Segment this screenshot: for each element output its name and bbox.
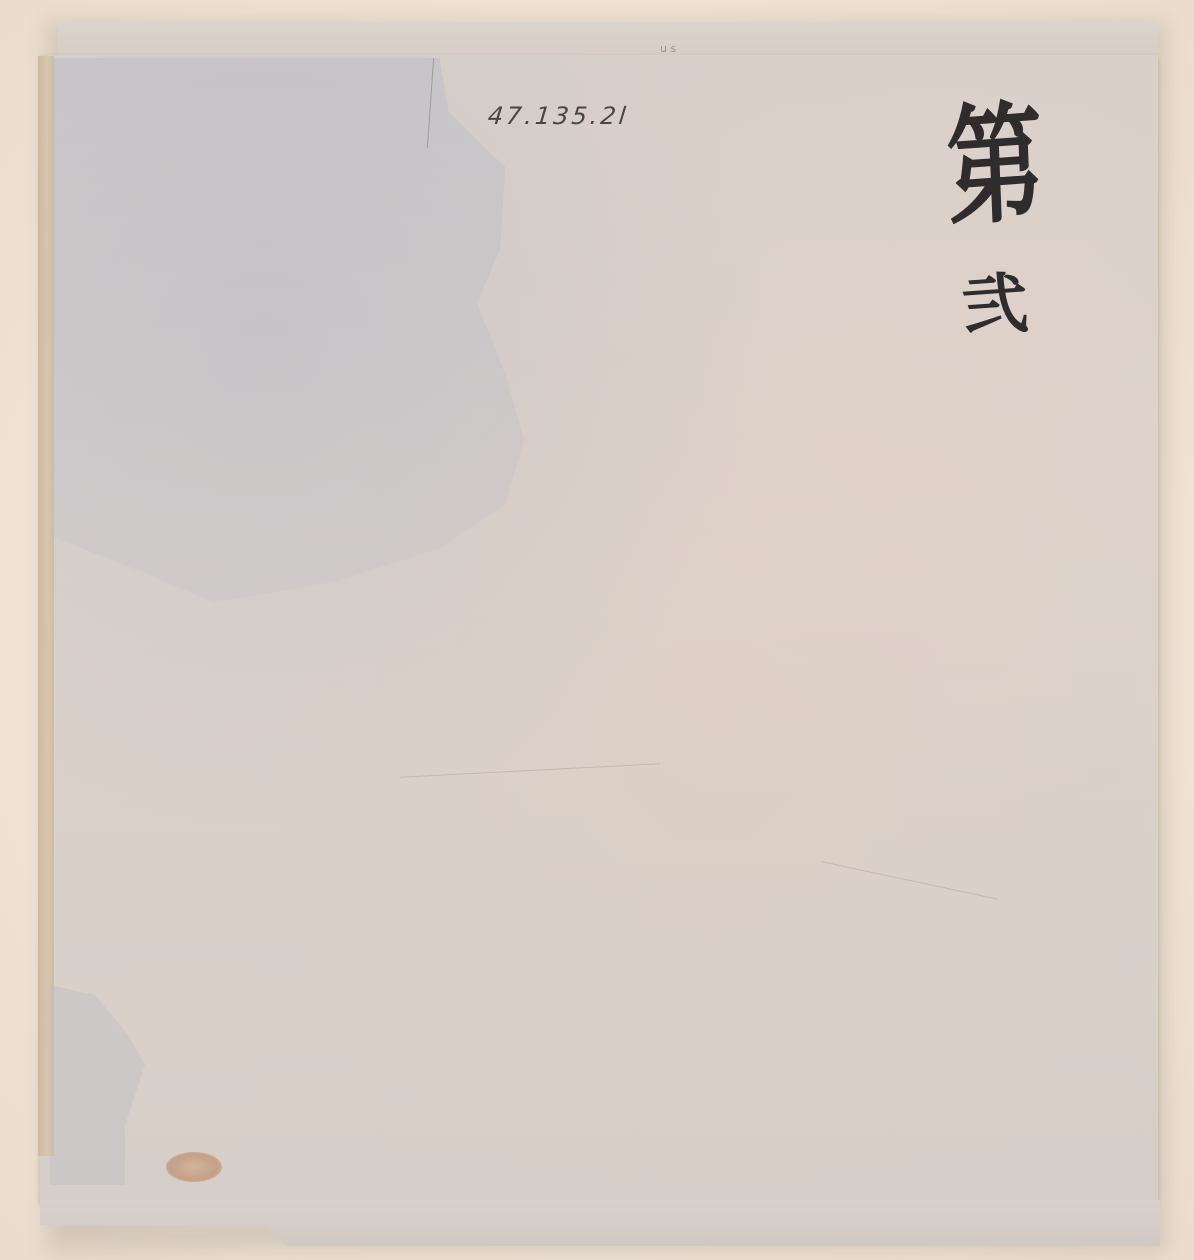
rust-stain (166, 1152, 222, 1182)
sheet-top-edge (58, 22, 1158, 58)
top-pencil-mark: u s (660, 42, 676, 55)
calligraphy-char-ni: 弐 (960, 270, 1030, 340)
calligraphy-char-dai: 第 (945, 98, 1046, 234)
peeled-layer-upper-left (54, 58, 524, 603)
accession-number: 47.135.2l (487, 102, 630, 130)
calligraphy-inscription: 第 弐 (950, 100, 1040, 338)
